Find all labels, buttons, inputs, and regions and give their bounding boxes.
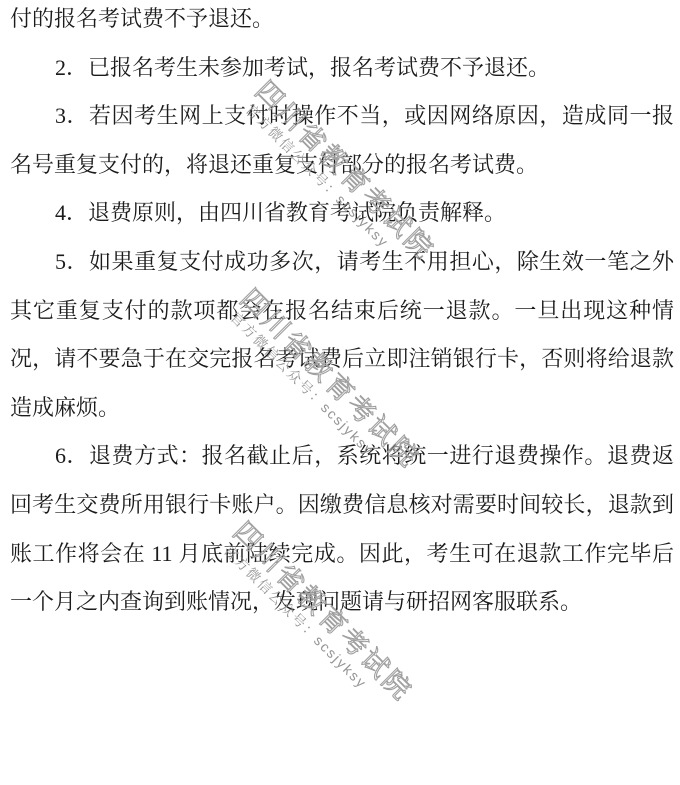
text-line: 3．若因考生网上支付时操作不当，或因网络原因，造成同一报 [10,92,674,141]
text-line: 2．已报名考生未参加考试，报名考试费不予退还。 [10,44,674,93]
text-line: 况，请不要急于在交完报名考试费后立即注销银行卡，否则将给退款 [10,335,674,384]
text-line: 付的报名考试费不予退还。 [10,0,674,44]
text-line: 4．退费原则，由四川省教育考试院负责解释。 [10,189,674,238]
text-line: 造成麻烦。 [10,384,674,433]
text-line: 其它重复支付的款项都会在报名结束后统一退款。一旦出现这种情 [10,287,674,336]
text-line: 名号重复支付的，将退还重复支付部分的报名考试费。 [10,141,674,190]
text-line: 账工作将会在 11 月底前陆续完成。因此，考生可在退款工作完毕后 [10,530,674,579]
document-page: 付的报名考试费不予退还。 2．已报名考生未参加考试，报名考试费不予退还。 3．若… [0,0,680,785]
text-line: 回考生交费所用银行卡账户。因缴费信息核对需要时间较长，退款到 [10,481,674,530]
text-line: 5．如果重复支付成功多次，请考生不用担心，除生效一笔之外 [10,238,674,287]
document-text: 付的报名考试费不予退还。 2．已报名考生未参加考试，报名考试费不予退还。 3．若… [10,0,674,627]
text-line: 6．退费方式：报名截止后，系统将统一进行退费操作。退费返 [10,432,674,481]
text-line: 一个月之内查询到账情况，发现问题请与研招网客服联系。 [10,578,674,627]
